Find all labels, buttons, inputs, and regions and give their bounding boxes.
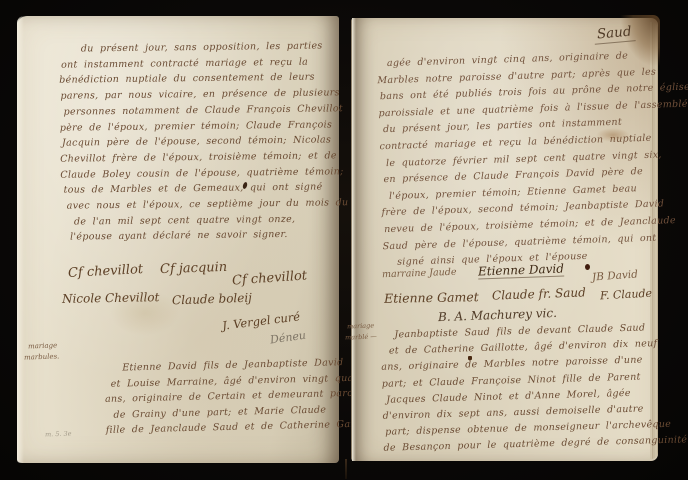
signature-etienne-david: Etienne David bbox=[478, 262, 564, 280]
signature-etienne-gamet: Etienne Gamet bbox=[384, 289, 479, 306]
binding-thread bbox=[345, 459, 347, 479]
folio-corner-mark: Saud bbox=[593, 23, 635, 44]
right-margin-note-mariage: mariage bbox=[347, 322, 374, 331]
signature-f-claude: F. Claude bbox=[600, 287, 653, 303]
pencil-note: m. 5. 3e bbox=[45, 430, 72, 439]
left-page-act-text: du présent jour, sans opposition, les pa… bbox=[59, 38, 341, 246]
manuscript-line: avec nous et l'époux, ce septième jour d… bbox=[67, 195, 341, 214]
right-page-second-act-text: Jeanbaptiste Saud fils de devant Claude … bbox=[380, 320, 656, 457]
right-margin-note-place: marblé — bbox=[345, 332, 377, 341]
right-page-act-text: agée d'environ vingt cinq ans, originair… bbox=[377, 48, 656, 272]
left-margin-note-place: marbules. bbox=[24, 352, 60, 361]
signature-claude-boley: Claude boleij bbox=[172, 291, 252, 308]
left-margin-note-mariage: mariage bbox=[28, 341, 57, 350]
manuscript-line: l'épouse ayant déclaré ne savoir signer. bbox=[70, 227, 341, 246]
left-page-second-act-text: Etienne David fils de Jeanbaptiste David… bbox=[104, 355, 346, 438]
ink-blot bbox=[585, 264, 590, 270]
archive-scan-background: du présent jour, sans opposition, les pa… bbox=[0, 0, 688, 480]
signature-jacquin: Cf jacquin bbox=[160, 260, 228, 277]
signature-nicole-chevillot: Nicole Chevillot bbox=[62, 290, 160, 306]
ink-blot bbox=[468, 356, 472, 360]
